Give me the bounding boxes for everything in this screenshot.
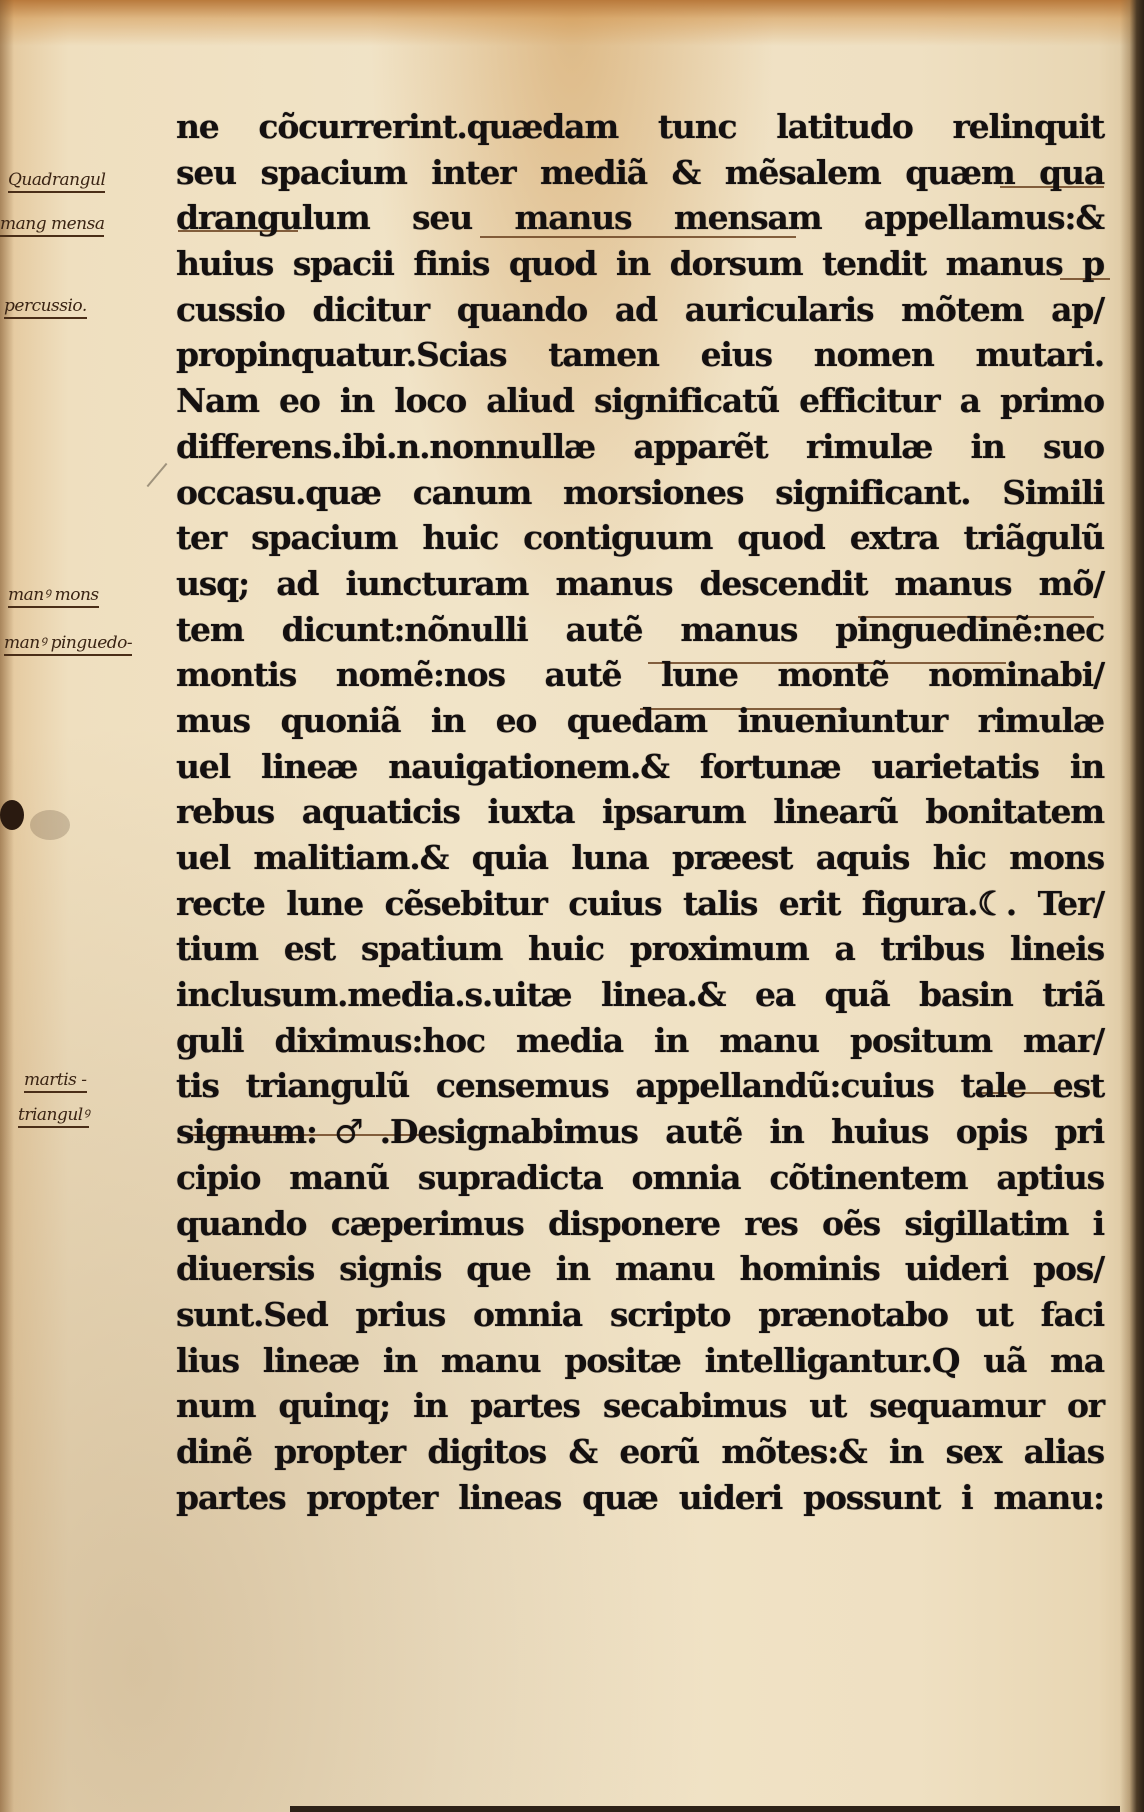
text-line: tium est spatium huic proximum a tribus … — [176, 926, 1104, 972]
text-line: tis triangulũ censemus appellandũ:cuius … — [176, 1063, 1104, 1109]
scanned-book-page: Quadrangul mang mensa percussio. manꝰ mo… — [0, 0, 1144, 1812]
margin-note-martis: martis - — [24, 1070, 87, 1093]
text-line: lius lineæ in manu positæ intelligantur.… — [176, 1338, 1104, 1384]
text-line: dinẽ propter digitos & eorũ mõtes:& in s… — [176, 1429, 1104, 1475]
text-line: drangulum seu manus mensam appellamus:& — [176, 195, 1104, 241]
text-line: ter spacium huic contiguum quod extra tr… — [176, 515, 1104, 561]
text-line: usq; ad iuncturam manus descendit manus … — [176, 561, 1104, 607]
text-line: Nam eo in loco aliud significatũ efficit… — [176, 378, 1104, 424]
text-line: uel lineæ nauigationem.& fortunæ uarieta… — [176, 744, 1104, 790]
text-line: occasu.quæ canum morsiones significant. … — [176, 470, 1104, 516]
pencil-stroke-mark — [147, 463, 168, 487]
page-right-edge-gutter — [1120, 0, 1144, 1812]
text-line: cussio dicitur quando ad auricularis mõt… — [176, 287, 1104, 333]
manuscript-marginalia: Quadrangul mang mensa percussio. manꝰ mo… — [0, 0, 180, 1812]
text-line: recte lune cẽsebitur cuius talis erit fi… — [176, 881, 1104, 927]
text-line: cipio manũ supradicta omnia cõtinentem a… — [176, 1155, 1104, 1201]
printed-text-block: ne cõcurrerint.quædam tunc latitudo reli… — [176, 104, 1104, 1520]
text-line: quando cæperimus disponere res oẽs sigil… — [176, 1201, 1104, 1247]
text-line: tem dicunt:nõnulli autẽ manus pinguedinẽ… — [176, 607, 1104, 653]
text-line: seu spacium inter mediã & mẽsalem quæm q… — [176, 150, 1104, 196]
text-line: mus quoniã in eo quedam inueniuntur rimu… — [176, 698, 1104, 744]
text-line: sunt.Sed prius omnia scripto prænotabo u… — [176, 1292, 1104, 1338]
text-line: differens.ibi.n.nonnullæ apparẽt rimulæ … — [176, 424, 1104, 470]
text-line: signum:♂.Designabimus autẽ in huius opis… — [176, 1109, 1104, 1155]
text-line: propinquatur.Scias tamen eius nomen muta… — [176, 332, 1104, 378]
page-bottom-edge — [290, 1806, 1120, 1812]
text-line: partes propter lineas quæ uideri possunt… — [176, 1475, 1104, 1521]
text-line: num quinq; in partes secabimus ut sequam… — [176, 1383, 1104, 1429]
text-line: huius spacii finis quod in dorsum tendit… — [176, 241, 1104, 287]
text-line: diuersis signis que in manu hominis uide… — [176, 1246, 1104, 1292]
text-line: montis nomẽ:nos autẽ lune montẽ nominabi… — [176, 652, 1104, 698]
text-line: uel malitiam.& quia luna præest aquis hi… — [176, 835, 1104, 881]
margin-note-triangulus: triangulꝰ — [18, 1102, 89, 1128]
text-line: ne cõcurrerint.quædam tunc latitudo reli… — [176, 104, 1104, 150]
margin-note-manus-mons: manꝰ mons — [8, 582, 99, 608]
margin-note-manus-pinguedo: manꝰ pinguedo- — [4, 630, 132, 656]
text-line: rebus aquaticis iuxta ipsarum linearũ bo… — [176, 789, 1104, 835]
margin-note-manus-mensa: mang mensa — [0, 214, 104, 237]
text-line: inclusum.media.s.uitæ linea.& ea quã bas… — [176, 972, 1104, 1018]
text-line: guli diximus:hoc media in manu positum m… — [176, 1018, 1104, 1064]
margin-note-percussio: percussio. — [4, 296, 87, 319]
margin-note-quadrangulum: Quadrangul — [8, 170, 105, 193]
